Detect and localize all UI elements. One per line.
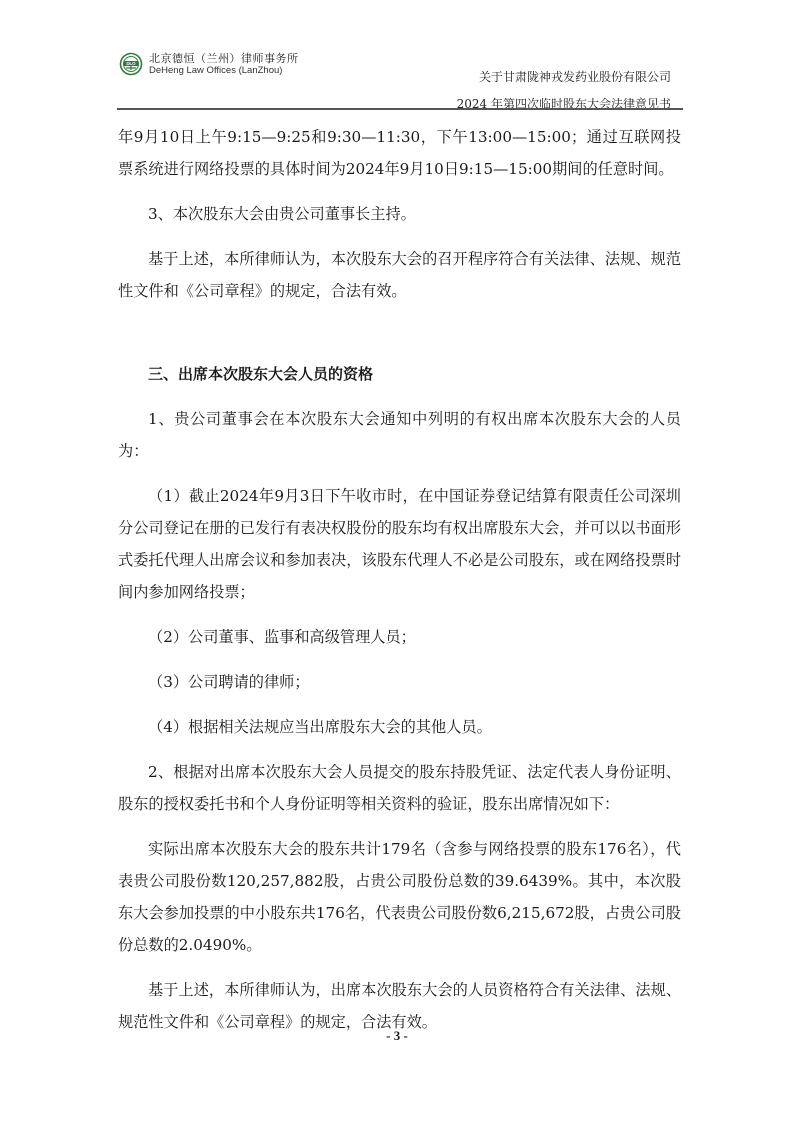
firm-logo-icon: DLO <box>119 52 143 76</box>
page-header: DLO 北京德恒（兰州）律师事务所 DeHeng Law Offices (La… <box>117 48 683 108</box>
paragraph-item-3: 3、本次股东大会由贵公司董事长主持。 <box>118 198 681 230</box>
paragraph-conclusion-procedure: 基于上述，本所律师认为，本次股东大会的召开程序符合有关法律、法规、规范性文件和《… <box>118 243 681 307</box>
document-body: 年9月10日上午9:15—9:25和9:30—11:30，下午13:00—15:… <box>118 121 681 1038</box>
document-title-line2: 2024 年第四次临时股东大会法律意见书 <box>457 91 671 118</box>
firm-name: 北京德恒（兰州）律师事务所 DeHeng Law Offices (LanZho… <box>149 52 299 77</box>
firm-name-en: DeHeng Law Offices (LanZhou) <box>149 65 299 77</box>
page-number: - 3 - <box>0 1028 794 1044</box>
paragraph-attendance-stats: 实际出席本次股东大会的股东共计179名（含参与网络投票的股东176名），代表贵公… <box>118 833 681 961</box>
list-item-3: （3）公司聘请的律师； <box>118 666 681 698</box>
list-item-1: （1）截止2024年9月3日下午收市时，在中国证券登记结算有限责任公司深圳分公司… <box>118 480 681 608</box>
header-divider <box>117 108 683 110</box>
firm-name-cn: 北京德恒（兰州）律师事务所 <box>149 52 299 65</box>
list-item-4: （4）根据相关法规应当出席股东大会的其他人员。 <box>118 711 681 743</box>
document-title-line1: 关于甘肃陇神戎发药业股份有限公司 <box>457 64 671 91</box>
paragraph-voting-time: 年9月10日上午9:15—9:25和9:30—11:30，下午13:00—15:… <box>118 121 681 185</box>
list-item-2: （2）公司董事、监事和高级管理人员； <box>118 621 681 653</box>
paragraph-verification: 2、根据对出席本次股东大会人员提交的股东持股凭证、法定代表人身份证明、股东的授权… <box>118 756 681 820</box>
svg-text:DLO: DLO <box>126 61 136 66</box>
paragraph-eligible-attendees: 1、贵公司董事会在本次股东大会通知中列明的有权出席本次股东大会的人员为： <box>118 403 681 467</box>
section-heading: 三、出席本次股东大会人员的资格 <box>118 358 681 390</box>
